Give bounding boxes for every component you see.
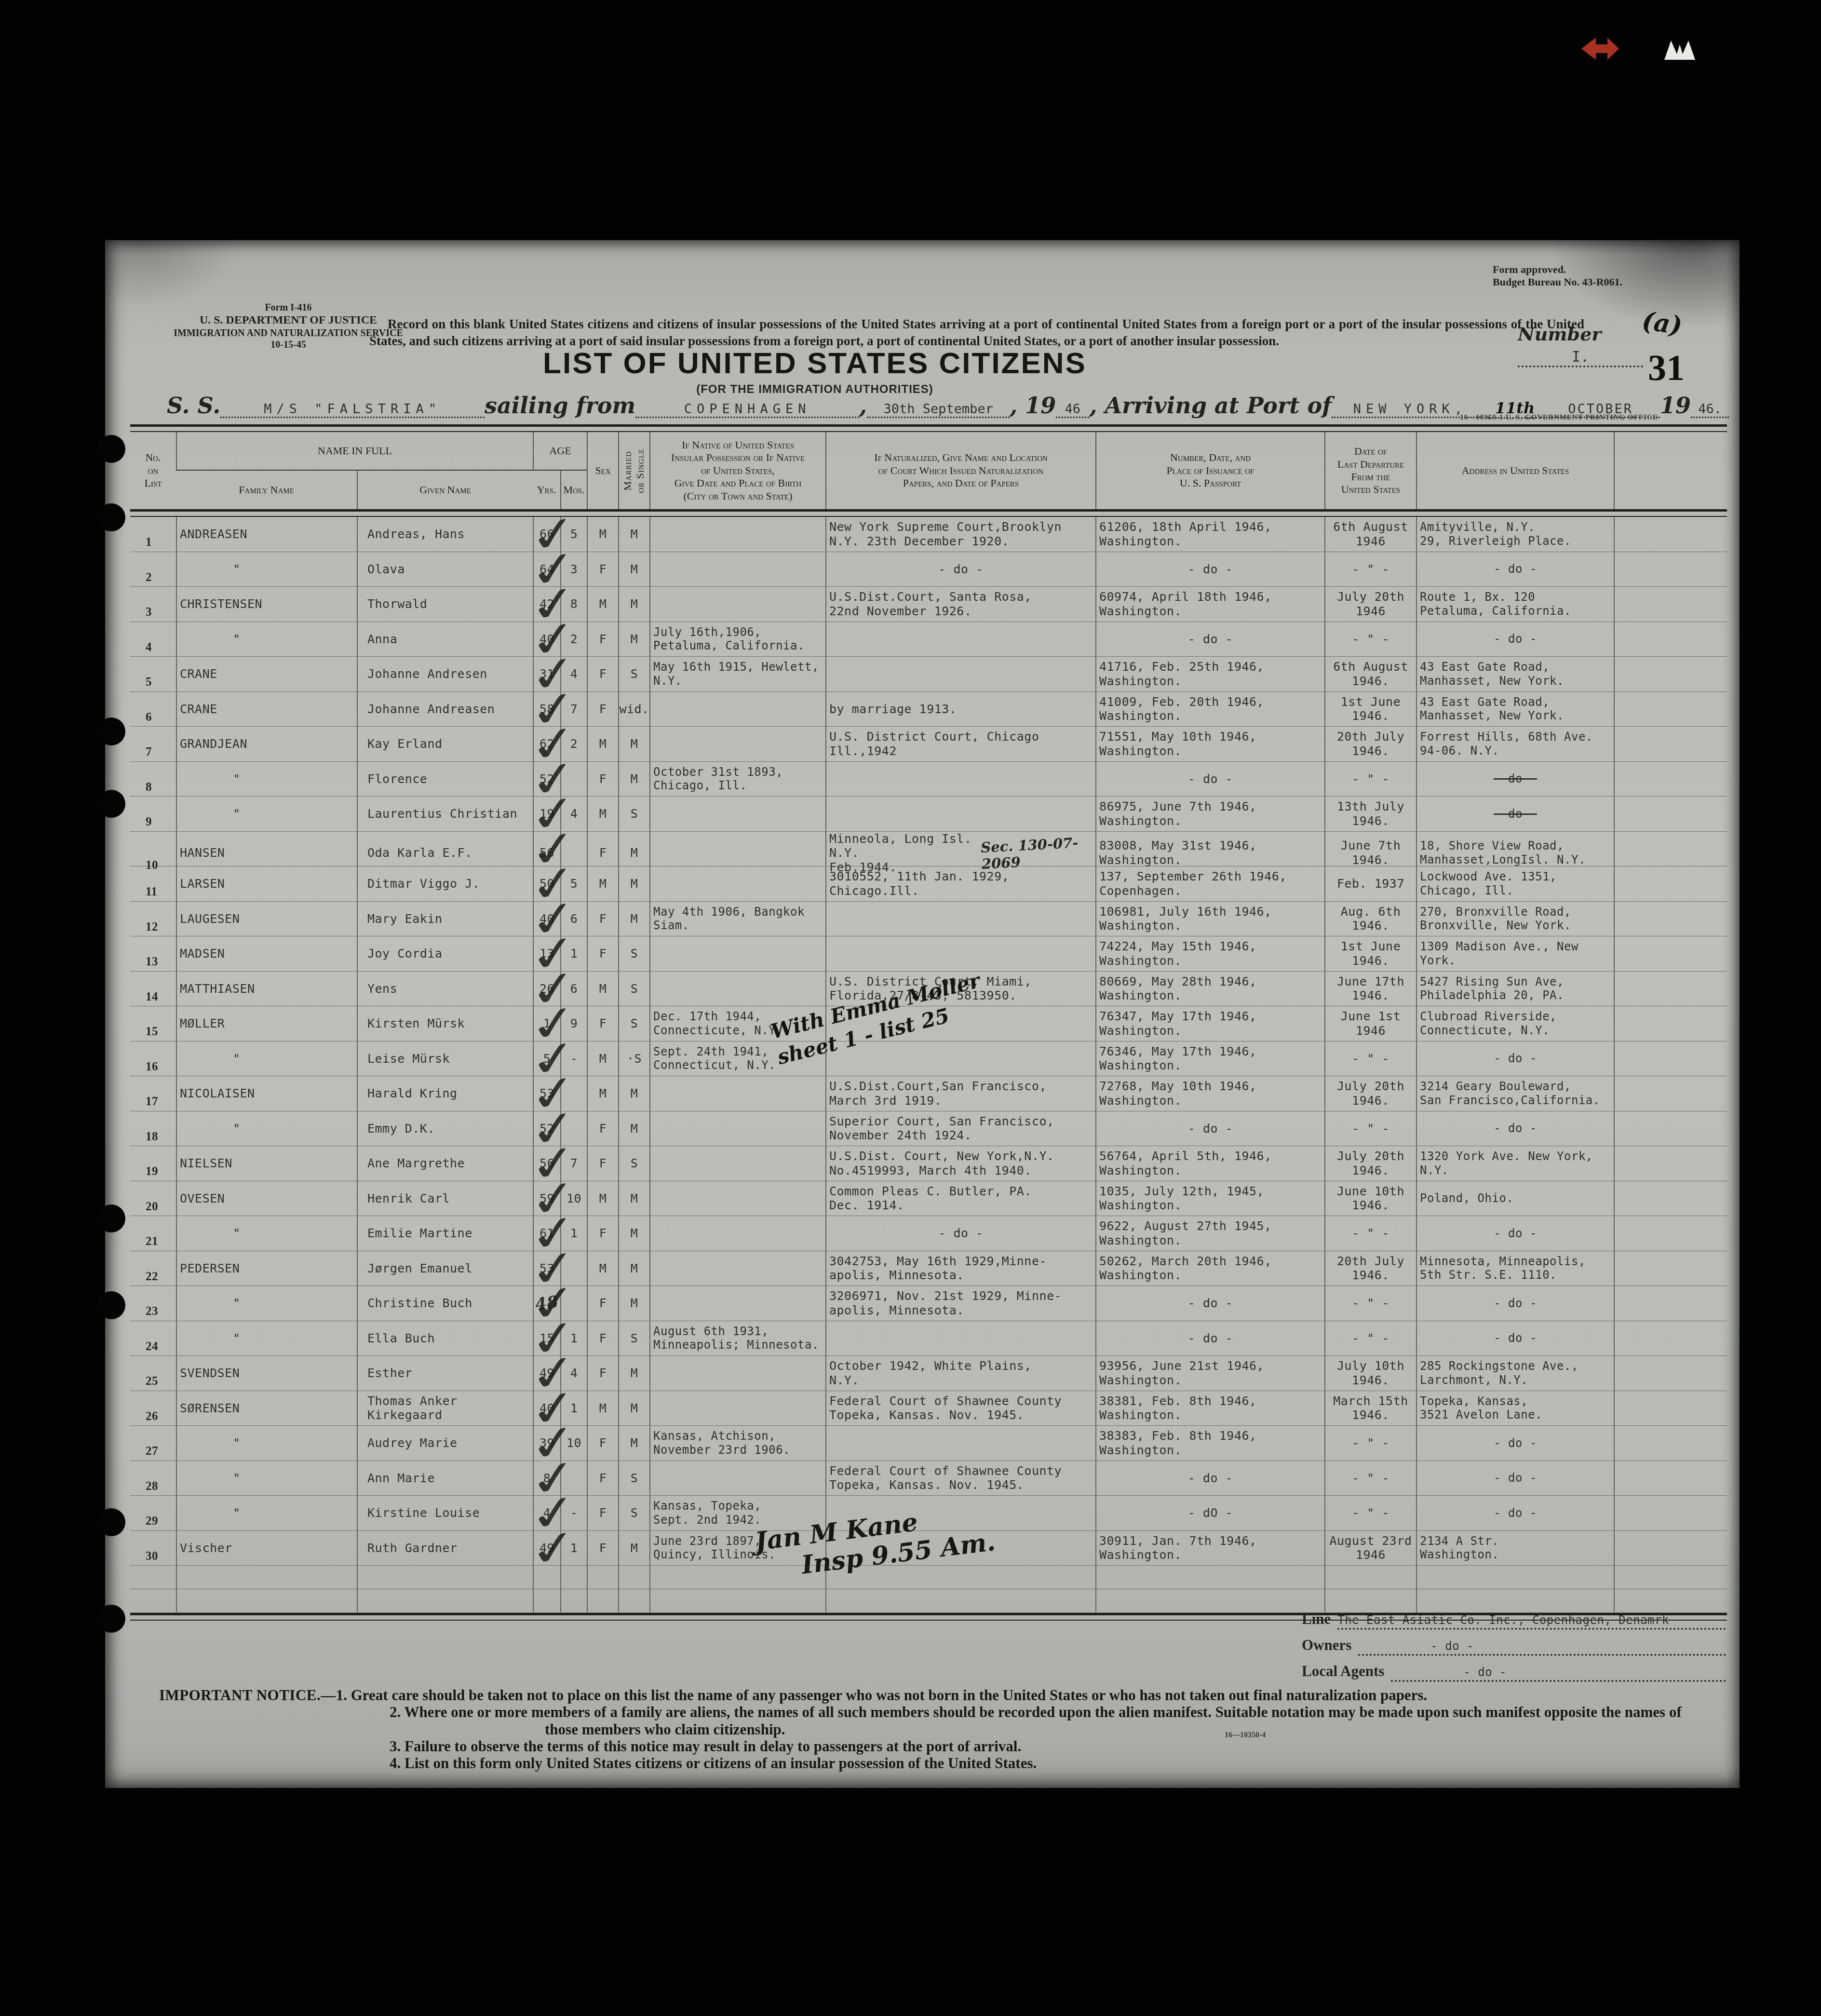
last-departure-date: August 23rd 1946 [1324,1531,1416,1566]
row-number: 4 [130,622,176,657]
married-single: M [618,1391,649,1426]
family-name: GRANDJEAN [176,727,357,761]
given-name: Kay Erland [357,727,533,761]
given-name: Johanne Andresen [357,657,533,691]
sex: F [587,1461,618,1496]
table-row: 4 " Anna 40 2 F M July 16th,1906, Petalu… [130,622,1727,657]
given-name: Anna [357,622,533,657]
us-address: Poland, Ohio. [1416,1181,1614,1216]
row-number: 21 [130,1216,176,1251]
married-single: S [618,657,649,691]
birth-date-place: July 16th,1906, Petaluma, California. [649,622,825,657]
us-address: Topeka, Kansas, 3521 Avelon Lane. [1416,1391,1614,1426]
birth-date-place [649,1461,825,1496]
margin-cell [1614,1356,1727,1391]
married-single: S [618,1146,649,1181]
col-given-name: Given Name [357,470,533,509]
age-years: 19 [533,797,560,831]
table-row: 1 ANDREASEN Andreas, Hans 66 5 M M New Y… [130,517,1727,552]
last-departure-date: June 17th 1946. [1324,972,1416,1006]
family-name: CRANE [176,657,357,691]
passport-info: 76346, May 17th 1946, Washington. [1095,1042,1324,1076]
punch-hole [97,503,125,531]
passport-info: 74224, May 15th 1946, Washington. [1095,936,1324,971]
married-single: ·S [618,1042,649,1076]
us-address: - do - [1416,1321,1614,1356]
punch-hole [97,435,125,463]
last-departure-date: June 1st 1946 [1324,1006,1416,1041]
passport-info: - do - [1095,1286,1324,1321]
birth-date-place: August 6th 1931, Minneapolis; Minnesota. [649,1321,825,1356]
margin-cell [1614,1391,1727,1426]
birth-date-place [649,1146,825,1181]
us-address: Minnesota, Minneapolis, 5th Str. S.E. 11… [1416,1251,1614,1286]
naturalization-info: U.S.Dist.Court, Santa Rosa, 22nd Novembe… [825,587,1095,622]
age-months: 1 [560,936,587,971]
last-departure-date: - " - [1324,1216,1416,1251]
given-name: Christine Buch [357,1286,533,1321]
ss-label: S. S. [167,392,220,419]
sex: M [587,1251,618,1286]
us-address: Route 1, Bx. 120 Petaluma, California. [1416,587,1614,622]
us-address: 43 East Gate Road, Manhasset, New York. [1416,657,1614,691]
form-number: Form I-416 [134,302,443,313]
age-years: 39 [533,1426,560,1461]
margin-cell [1614,1461,1727,1496]
sex: F [587,1216,618,1251]
passport-info: - do - [1095,1461,1324,1496]
age-months: 5 [560,517,587,552]
sex: F [587,936,618,971]
age-years: 53 [533,1251,560,1286]
table-row: 21 " Emilie Martine 61 1 F M - do - 9622… [130,1216,1727,1251]
page-stamp: 31 [1648,347,1685,389]
birth-date-place: Kansas, Atchison, November 23rd 1906. [649,1426,825,1461]
margin-cell [1614,692,1727,727]
punch-hole [97,1204,125,1232]
table-row: 11 LARSEN Ditmar Viggo J. 50 5 M M 30105… [130,866,1727,902]
last-departure-date: Aug. 6th 1946. [1324,902,1416,936]
given-name: Ruth Gardner [357,1531,533,1566]
given-name: Laurentius Christian [357,797,533,831]
arriving-label: , Arriving at Port of [1089,392,1332,419]
given-name: Johanne Andreasen [357,692,533,727]
naturalization-info [825,1321,1095,1356]
family-name: " [176,1042,357,1076]
col-married-single: Married or Single [618,432,649,509]
married-single: S [618,797,649,831]
margin-cell [1614,1426,1727,1461]
last-departure-date: - " - [1324,1111,1416,1146]
table-row: 26 SØRENSEN Thomas Anker Kirkegaard 40 1… [130,1391,1727,1426]
married-single: M [618,1251,649,1286]
row-number: 12 [130,902,176,936]
local-agents-field: Local Agents - do - [1302,1663,1726,1689]
family-name: SØRENSEN [176,1391,357,1426]
us-address: 3214 Geary Bouleward, San Francisco,Cali… [1416,1076,1614,1111]
age-years: 49 [533,1356,560,1391]
margin-cell [1614,1496,1727,1530]
local-agents-label: Local Agents [1302,1663,1384,1680]
table-row: 19 NIELSEN Ane Margrethe 56 7 F S U.S.Di… [130,1146,1727,1181]
passport-info: 61206, 18th April 1946, Washington. [1095,517,1324,552]
punch-hole [97,717,125,745]
age-months [560,762,587,797]
given-name: Olava [357,552,533,587]
passport-info: 56764, April 5th, 1946, Washington. [1095,1146,1324,1181]
passport-info: 1035, July 12th, 1945, Washington. [1095,1181,1324,1216]
table-row: 15 MØLLER Kirsten Mürsk 1 9 F S Dec. 17t… [130,1006,1727,1042]
us-address: - do - [1416,622,1614,657]
table-row: 25 SVENDSEN Esther 49 4 F M October 1942… [130,1356,1727,1391]
married-single: M [618,1216,649,1251]
given-name: Kirsten Mürsk [357,1006,533,1041]
naturalization-info [825,622,1095,657]
punch-hole [97,1291,125,1319]
table-row: 7 GRANDJEAN Kay Erland 62 2 M M U.S. Dis… [130,727,1727,762]
given-name: Ditmar Viggo J. [357,866,533,901]
row-number: 6 [130,692,176,727]
row-number: 20 [130,1181,176,1216]
sheet-number-line: Number I. [1518,323,1730,367]
notice-line-1: IMPORTANT NOTICE.—1. Great care should b… [159,1687,1702,1704]
passport-info: 30911, Jan. 7th 1946, Washington. [1095,1531,1324,1566]
row-number: 1 [130,517,176,552]
birth-date-place: October 31st 1893, Chicago, Ill. [649,762,825,797]
age-years: 48 [533,1286,560,1321]
married-single: M [618,1076,649,1111]
us-address: - do - [1416,1426,1614,1461]
age-years: 13 [533,936,560,971]
age-months: 6 [560,972,587,1006]
margin-cell [1614,1111,1727,1146]
age-years: 53 [533,1076,560,1111]
us-address: 270, Bronxville Road, Bronxville, New Yo… [1416,902,1614,936]
notice-line-4: 4. List on this form only United States … [159,1755,1702,1772]
age-years: 56 [533,1146,560,1181]
sex: M [587,517,618,552]
table-row: 22 PEDERSEN Jørgen Emanuel 53 M M 304275… [130,1251,1727,1286]
table-rows: 1 ANDREASEN Andreas, Hans 66 5 M M New Y… [130,517,1727,1566]
age-months: - [560,1496,587,1530]
age-months: 3 [560,552,587,587]
family-name: " [176,1461,357,1496]
married-single: M [618,866,649,901]
col-mos: Mos. [560,470,587,509]
red-marker-icon [1581,38,1619,60]
table-row: 16 " Leise Mürsk 5 - M ·S Sept. 24th 194… [130,1042,1727,1077]
double-rule [130,424,1727,432]
age-months: 9 [560,1006,587,1041]
given-name: Esther [357,1356,533,1391]
sex: F [587,657,618,691]
row-number: 22 [130,1251,176,1286]
margin-cell [1614,1531,1727,1566]
age-months: 1 [560,1321,587,1356]
family-name: NICOLAISEN [176,1076,357,1111]
birth-date-place [649,972,825,1006]
sex: F [587,1531,618,1566]
given-name: Yens [357,972,533,1006]
row-number: 3 [130,587,176,622]
us-address: - do - [1416,1216,1614,1251]
naturalization-info: U.S. District Court, Chicago Ill.,1942 [825,727,1095,761]
last-departure-date: 1st June 1946. [1324,936,1416,971]
last-departure-date: - " - [1324,1321,1416,1356]
married-single: wid. [618,692,649,727]
given-name: Kirstine Louise [357,1496,533,1530]
given-name: Harald Kring [357,1076,533,1111]
row-number: 5 [130,657,176,691]
punch-hole [97,790,125,818]
margin-cell [1614,587,1727,622]
age-months: 6 [560,902,587,936]
line-value: The East Asiatic Co. Inc., Copenhagen, D… [1337,1613,1669,1627]
birth-date-place [649,517,825,552]
table-row: 10 HANSEN Oda Karla E.F. 56 F M Minneola… [130,832,1727,867]
birth-date-place: May 16th 1915, Hewlett, N.Y. [649,657,825,691]
age-months: 7 [560,692,587,727]
row-number: 11 [130,866,176,901]
row-number: 27 [130,1426,176,1461]
us-address: - do - [1416,1042,1614,1076]
naturalization-info: Common Pleas C. Butler, PA. Dec. 1914. [825,1181,1095,1216]
sex: F [587,1496,618,1530]
table-row: 18 " Emmy D.K. 52 F M Superior Court, Sa… [130,1111,1727,1147]
film-edge-markers [1581,34,1736,68]
gpo-imprint: 16—10350-1 U. S. GOVERNMENT PRINTING OFF… [1460,414,1658,422]
naturalization-info: - do - [825,552,1095,587]
passport-info: - dO - [1095,1496,1324,1530]
given-name: Henrik Carl [357,1181,533,1216]
naturalization-info: Federal Court of Shawnee County Topeka, … [825,1391,1095,1426]
age-years: 1 [533,1006,560,1041]
margin-cell [1614,657,1727,691]
passport-info: 137, September 26th 1946, Copenhagen. [1095,866,1324,901]
port-of-departure: COPENHAGEN [635,402,859,418]
sailing-from-label: sailing from [485,392,635,419]
us-address: 285 Rockingstone Ave., Larchmont, N.Y. [1416,1356,1614,1391]
table-row: 24 " Ella Buch 15 1 F S August 6th 1931,… [130,1321,1727,1356]
passport-info: - do - [1095,552,1324,587]
last-departure-date: - " - [1324,1286,1416,1321]
sex: M [587,797,618,831]
age-months [560,1076,587,1111]
us-address: 5427 Rising Sun Ave, Philadelphia 20, PA… [1416,972,1614,1006]
naturalization-info: 3206971, Nov. 21st 1929, Minne- apolis, … [825,1286,1095,1321]
sex: M [587,972,618,1006]
line-field: Line The East Asiatic Co. Inc., Copenhag… [1302,1610,1726,1637]
us-address: - do - [1416,1461,1614,1496]
margin-cell [1614,727,1727,761]
us-address: 2134 A Str. Washington. [1416,1531,1614,1566]
manifest-page: Form I-416 U. S. DEPARTMENT OF JUSTICE I… [105,240,1740,1788]
last-departure-date: June 10th 1946. [1324,1181,1416,1216]
married-single: M [618,587,649,622]
col-family-name: Family Name [176,470,357,509]
family-name: Vischer [176,1531,357,1566]
page-title: LIST OF UNITED STATES CITIZENS [105,346,1524,380]
approval-line1: Form approved. [1493,263,1622,276]
age-years: 40 [533,902,560,936]
margin-cell [1614,762,1727,797]
last-departure-date: - " - [1324,1042,1416,1076]
family-name: ANDREASEN [176,517,357,552]
margin-cell [1614,1251,1727,1286]
family-name: LAUGESEN [176,902,357,936]
family-name: NIELSEN [176,1146,357,1181]
sex: M [587,1181,618,1216]
empty-row [130,1589,1727,1613]
age-months [560,1251,587,1286]
married-single: S [618,936,649,971]
passport-info: 9622, August 27th 1945, Washington. [1095,1216,1324,1251]
age-years: 50 [533,866,560,901]
family-name: " [176,762,357,797]
sex: M [587,866,618,901]
table-row: 20 OVESEN Henrik Carl 59 10 M M Common P… [130,1181,1727,1217]
naturalization-info: October 1942, White Plains, N.Y. [825,1356,1095,1391]
margin-cell [1614,1076,1727,1111]
col-birth: If Native of United States Insular Posse… [649,432,825,509]
last-departure-date: July 20th 1946 [1324,587,1416,622]
family-name: OVESEN [176,1181,357,1216]
last-departure-date: March 15th 1946. [1324,1391,1416,1426]
age-months [560,1286,587,1321]
given-name: Mary Eakin [357,902,533,936]
passport-info: 72768, May 10th 1946, Washington. [1095,1076,1324,1111]
us-address: - do - [1416,1496,1614,1530]
married-single: M [618,622,649,657]
table-row: 5 CRANE Johanne Andresen 31 4 F S May 16… [130,657,1727,692]
passport-info: 80669, May 28th 1946, Washington. [1095,972,1324,1006]
family-name: SVENDSEN [176,1356,357,1391]
sex: F [587,692,618,727]
sex: F [587,1426,618,1461]
age-years: 66 [533,517,560,552]
married-single: M [618,762,649,797]
col-passport: Number, Date, and Place of Issuance of U… [1095,432,1324,509]
age-years: 26 [533,972,560,1006]
married-single: S [618,1321,649,1356]
passenger-table: No. on List NAME IN FULL AGE Sex Married… [130,424,1727,1621]
given-name: Ella Buch [357,1321,533,1356]
age-years: 5 [533,1042,560,1076]
last-departure-date: July 10th 1946. [1324,1356,1416,1391]
naturalization-info: U.S.Dist.Court,San Francisco, March 3rd … [825,1076,1095,1111]
naturalization-info [825,902,1095,936]
given-name: Thorwald [357,587,533,622]
form-preamble: Record on this blank United States citiz… [369,316,1584,350]
notice-label: IMPORTANT NOTICE.— [159,1687,336,1704]
passport-info: 38383, Feb. 8th 1946, Washington. [1095,1426,1324,1461]
col-yrs: Yrs. [533,470,560,509]
row-number: 13 [130,936,176,971]
age-months: 10 [560,1181,587,1216]
row-number: 25 [130,1356,176,1391]
margin-cell [1614,936,1727,971]
passport-info: 38381, Feb. 8th 1946, Washington. [1095,1391,1324,1426]
table-row: 27 " Audrey Marie 39 10 F M Kansas, Atch… [130,1426,1727,1461]
last-departure-date: - " - [1324,1426,1416,1461]
given-name: Ane Margrethe [357,1146,533,1181]
married-single: M [618,1356,649,1391]
us-address: Forrest Hills, 68th Ave. 94-06. N.Y. [1416,727,1614,761]
age-months: 2 [560,622,587,657]
married-single: M [618,1181,649,1216]
row-number: 24 [130,1321,176,1356]
approval-line2: Budget Bureau No. 43-R061. [1493,276,1622,288]
row-number: 28 [130,1461,176,1496]
birth-date-place [649,587,825,622]
passport-info: 106981, July 16th 1946, Washington. [1095,902,1324,936]
us-address: 1320 York Ave. New York, N.Y. [1416,1146,1614,1181]
family-name: " [176,552,357,587]
naturalization-info [825,1426,1095,1461]
family-name: " [176,1321,357,1356]
us-address: 1309 Madison Ave., New York. [1416,936,1614,971]
birth-date-place [649,866,825,901]
age-months: 4 [560,657,587,691]
us-address: - do - [1416,797,1614,831]
passport-info: 60974, April 18th 1946, Washington. [1095,587,1324,622]
row-number: 19 [130,1146,176,1181]
us-address: - do - [1416,1286,1614,1321]
sex: F [587,1321,618,1356]
age-years: 52 [533,762,560,797]
last-departure-date: - " - [1324,552,1416,587]
row-number: 16 [130,1042,176,1076]
table-row: 12 LAUGESEN Mary Eakin 40 6 F M May 4th … [130,902,1727,937]
film-notch-icon [1664,41,1695,60]
naturalization-info: Superior Court, San Francisco, November … [825,1111,1095,1146]
row-number: 14 [130,972,176,1006]
last-departure-date: 20th July 1946. [1324,1251,1416,1286]
table-row: 3 CHRISTENSEN Thorwald 42 8 M M U.S.Dist… [130,587,1727,622]
age-years: 15 [533,1321,560,1356]
age-months: 1 [560,1216,587,1251]
last-departure-date: - " - [1324,1461,1416,1496]
naturalization-info [825,657,1095,691]
given-name: Joy Cordia [357,936,533,971]
us-address: - do - [1416,762,1614,797]
margin-cell [1614,1216,1727,1251]
age-years: 8 [533,1461,560,1496]
sex: M [587,587,618,622]
table-row: 13 MADSEN Joy Cordia 13 1 F S 74224, May… [130,936,1727,972]
col-address: Address in United States [1416,432,1614,509]
row-number: 26 [130,1391,176,1426]
family-name: " [176,622,357,657]
age-months: 4 [560,797,587,831]
row-number: 2 [130,552,176,587]
age-months [560,1111,587,1146]
naturalization-info: - do - [825,1216,1095,1251]
comma: , [859,392,867,419]
married-single: S [618,1461,649,1496]
family-name: " [176,797,357,831]
age-years: 62 [533,727,560,761]
notice-line-2: 2. Where one or more members of a family… [159,1704,1702,1738]
birth-date-place [649,1111,825,1146]
naturalization-info [825,762,1095,797]
local-agents-value: - do - [1391,1665,1507,1679]
naturalization-info [825,797,1095,831]
margin-cell [1614,797,1727,831]
birth-date-place [649,1356,825,1391]
table-row: 23 " Christine Buch 48 F M 3206971, Nov.… [130,1286,1727,1321]
margin-cell [1614,1321,1727,1356]
